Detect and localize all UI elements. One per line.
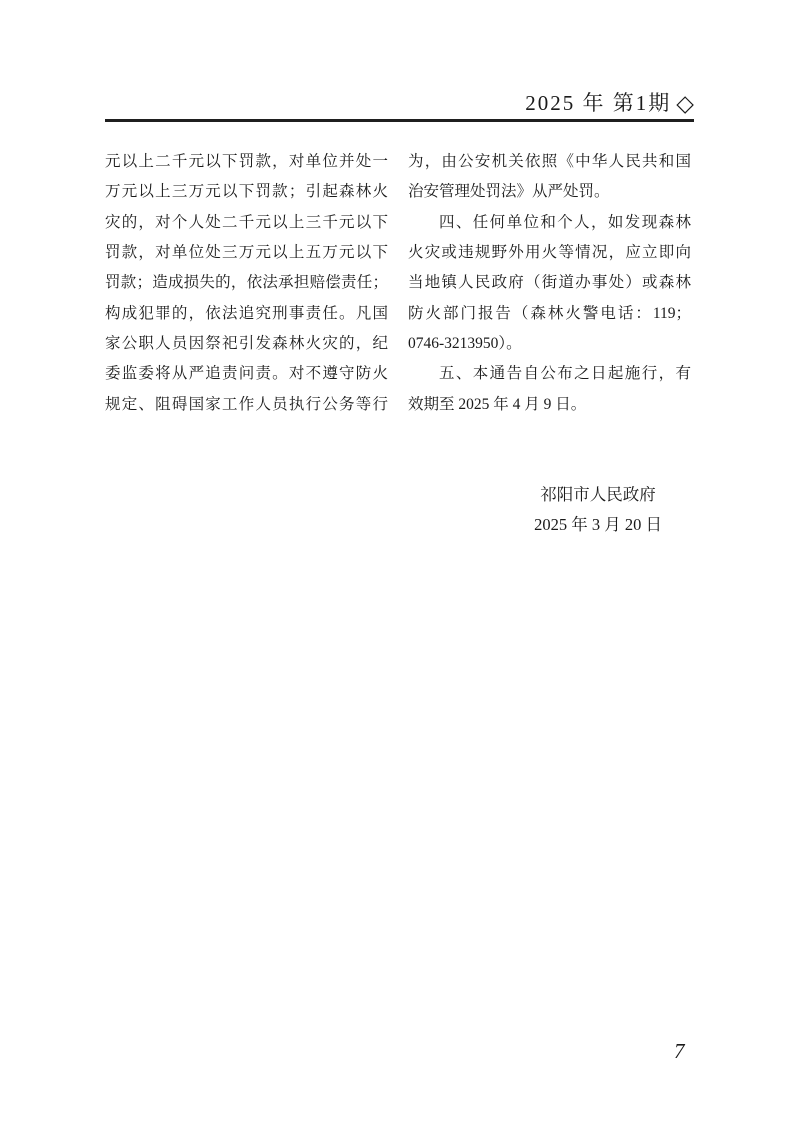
- text-line: 为，由公安机关依照《中华人民共和国: [408, 147, 691, 177]
- text-line: 元以上二千元以下罚款，对单位并处一: [105, 147, 388, 177]
- diamond-icon: ◇: [676, 91, 694, 117]
- text-line: 0746-3213950）。: [408, 329, 691, 359]
- page-number: 7: [674, 1038, 685, 1064]
- issue-label: 2025 年 第1期: [525, 91, 671, 115]
- signature-author: 祁阳市人民政府: [490, 480, 706, 510]
- text-line: 火灾或违规野外用火等情况，应立即向: [408, 238, 691, 268]
- text-line: 委监委将从严追责问责。对不遵守防火: [105, 359, 388, 389]
- text-line: 家公职人员因祭祀引发森林火灾的，纪: [105, 329, 388, 359]
- text-line: 治安管理处罚法》从严处罚。: [408, 177, 691, 207]
- text-line: 构成犯罪的，依法追究刑事责任。凡国: [105, 299, 388, 329]
- text-line: 规定、阻碍国家工作人员执行公务等行: [105, 390, 388, 420]
- text-line: 五、本通告自公布之日起施行，有: [408, 359, 691, 389]
- text-line: 效期至 2025 年 4 月 9 日。: [408, 390, 691, 420]
- header-issue: 2025 年 第1期◇: [525, 90, 694, 117]
- text-line: 四、任何单位和个人，如发现森林: [408, 208, 691, 238]
- signature-block: 祁阳市人民政府 2025 年 3 月 20 日: [490, 480, 706, 540]
- text-line: 灾的，对个人处二千元以上三千元以下: [105, 208, 388, 238]
- text-line: 当地镇人民政府（街道办事处）或森林: [408, 268, 691, 298]
- header-rule: [105, 119, 694, 122]
- left-column: 元以上二千元以下罚款，对单位并处一 万元以上三万元以下罚款；引起森林火 灾的，对…: [105, 147, 388, 420]
- right-column: 为，由公安机关依照《中华人民共和国 治安管理处罚法》从严处罚。 四、任何单位和个…: [408, 147, 691, 420]
- text-line: 罚款，对单位处三万元以上五万元以下: [105, 238, 388, 268]
- text-line: 万元以上三万元以下罚款；引起森林火: [105, 177, 388, 207]
- text-line: 罚款；造成损失的，依法承担赔偿责任；: [105, 268, 388, 298]
- text-line: 防火部门报告（森林火警电话：119；: [408, 299, 691, 329]
- signature-date: 2025 年 3 月 20 日: [490, 510, 706, 540]
- body-columns: 元以上二千元以下罚款，对单位并处一 万元以上三万元以下罚款；引起森林火 灾的，对…: [105, 147, 691, 420]
- document-page: 2025 年 第1期◇ 元以上二千元以下罚款，对单位并处一 万元以上三万元以下罚…: [0, 0, 793, 1122]
